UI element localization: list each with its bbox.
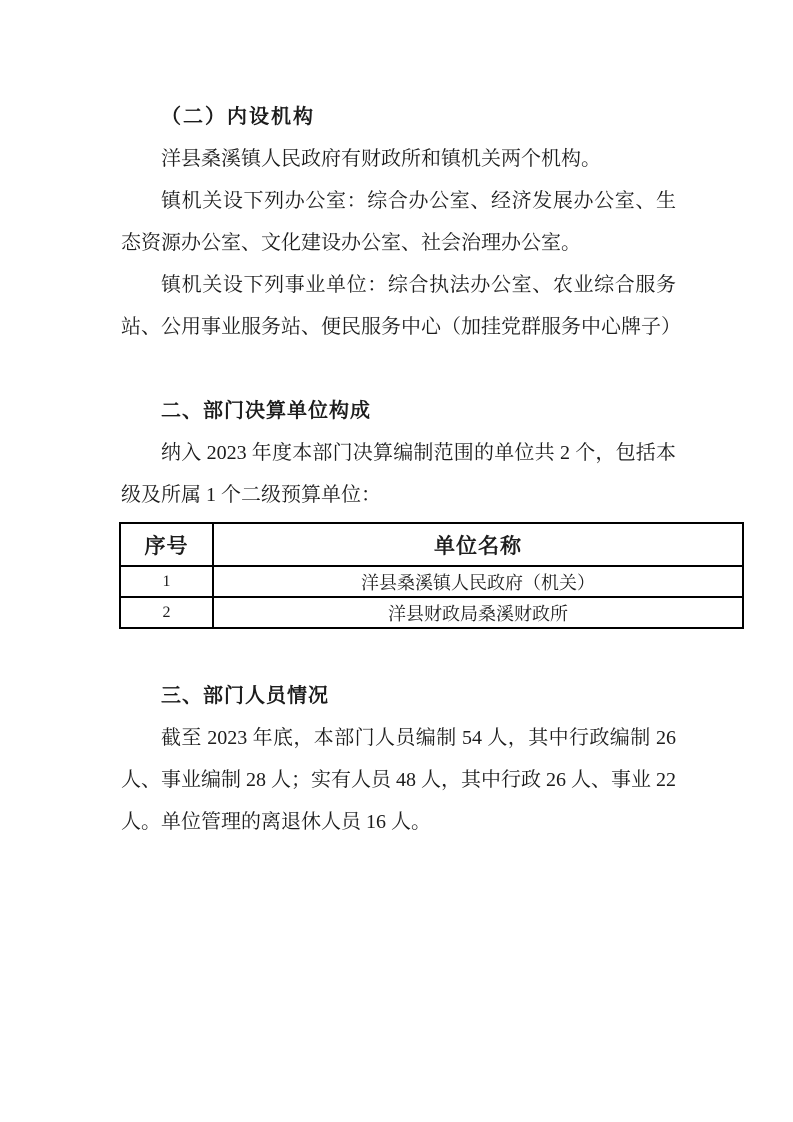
paragraph-units-intro: 纳入 2023 年度本部门决算编制范围的单位共 2 个，包括本级及所属 1 个二… — [121, 432, 676, 516]
document-page: （二）内设机构 洋县桑溪镇人民政府有财政所和镇机关两个机构。 镇机关设下列办公室… — [0, 0, 793, 1122]
units-table: 序号 单位名称 1 洋县桑溪镇人民政府（机关） 2 洋县财政局桑溪财政所 — [119, 522, 744, 629]
units-table-header-seq: 序号 — [120, 523, 213, 566]
heading-unit-composition: 二、部门决算单位构成 — [121, 390, 676, 432]
heading-staff-situation: 三、部门人员情况 — [121, 675, 676, 717]
paragraph-offices: 镇机关设下列办公室：综合办公室、经济发展办公室、生态资源办公室、文化建设办公室、… — [121, 180, 676, 264]
paragraph-institutions: 镇机关设下列事业单位：综合执法办公室、农业综合服务站、公用事业服务站、便民服务中… — [121, 264, 676, 348]
unit-seq: 2 — [120, 597, 213, 628]
unit-seq: 1 — [120, 566, 213, 597]
table-row: 2 洋县财政局桑溪财政所 — [120, 597, 743, 628]
units-table-header-name: 单位名称 — [213, 523, 743, 566]
paragraph-staff: 截至 2023 年底，本部门人员编制 54 人，其中行政编制 26 人、事业编制… — [121, 717, 676, 843]
heading-internal-organs: （二）内设机构 — [121, 96, 676, 138]
document-content: （二）内设机构 洋县桑溪镇人民政府有财政所和镇机关两个机构。 镇机关设下列办公室… — [121, 96, 676, 843]
unit-name: 洋县桑溪镇人民政府（机关） — [213, 566, 743, 597]
table-row: 1 洋县桑溪镇人民政府（机关） — [120, 566, 743, 597]
units-table-header-row: 序号 单位名称 — [120, 523, 743, 566]
unit-name: 洋县财政局桑溪财政所 — [213, 597, 743, 628]
paragraph-gov-organs: 洋县桑溪镇人民政府有财政所和镇机关两个机构。 — [121, 138, 676, 180]
